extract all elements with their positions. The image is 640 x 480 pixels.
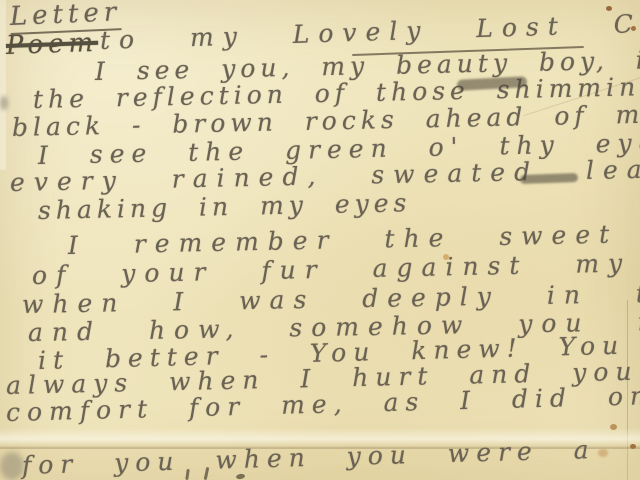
crossed-out-word: Poem [5, 28, 98, 61]
pencil-smudge [0, 452, 24, 480]
stain [0, 96, 8, 110]
stain [610, 424, 617, 430]
page-edge-highlight [0, 0, 6, 170]
stain [598, 449, 608, 457]
letter-page: Letter Poem to my Lovely Lost Cat I see … [0, 0, 640, 480]
stain [630, 444, 636, 449]
